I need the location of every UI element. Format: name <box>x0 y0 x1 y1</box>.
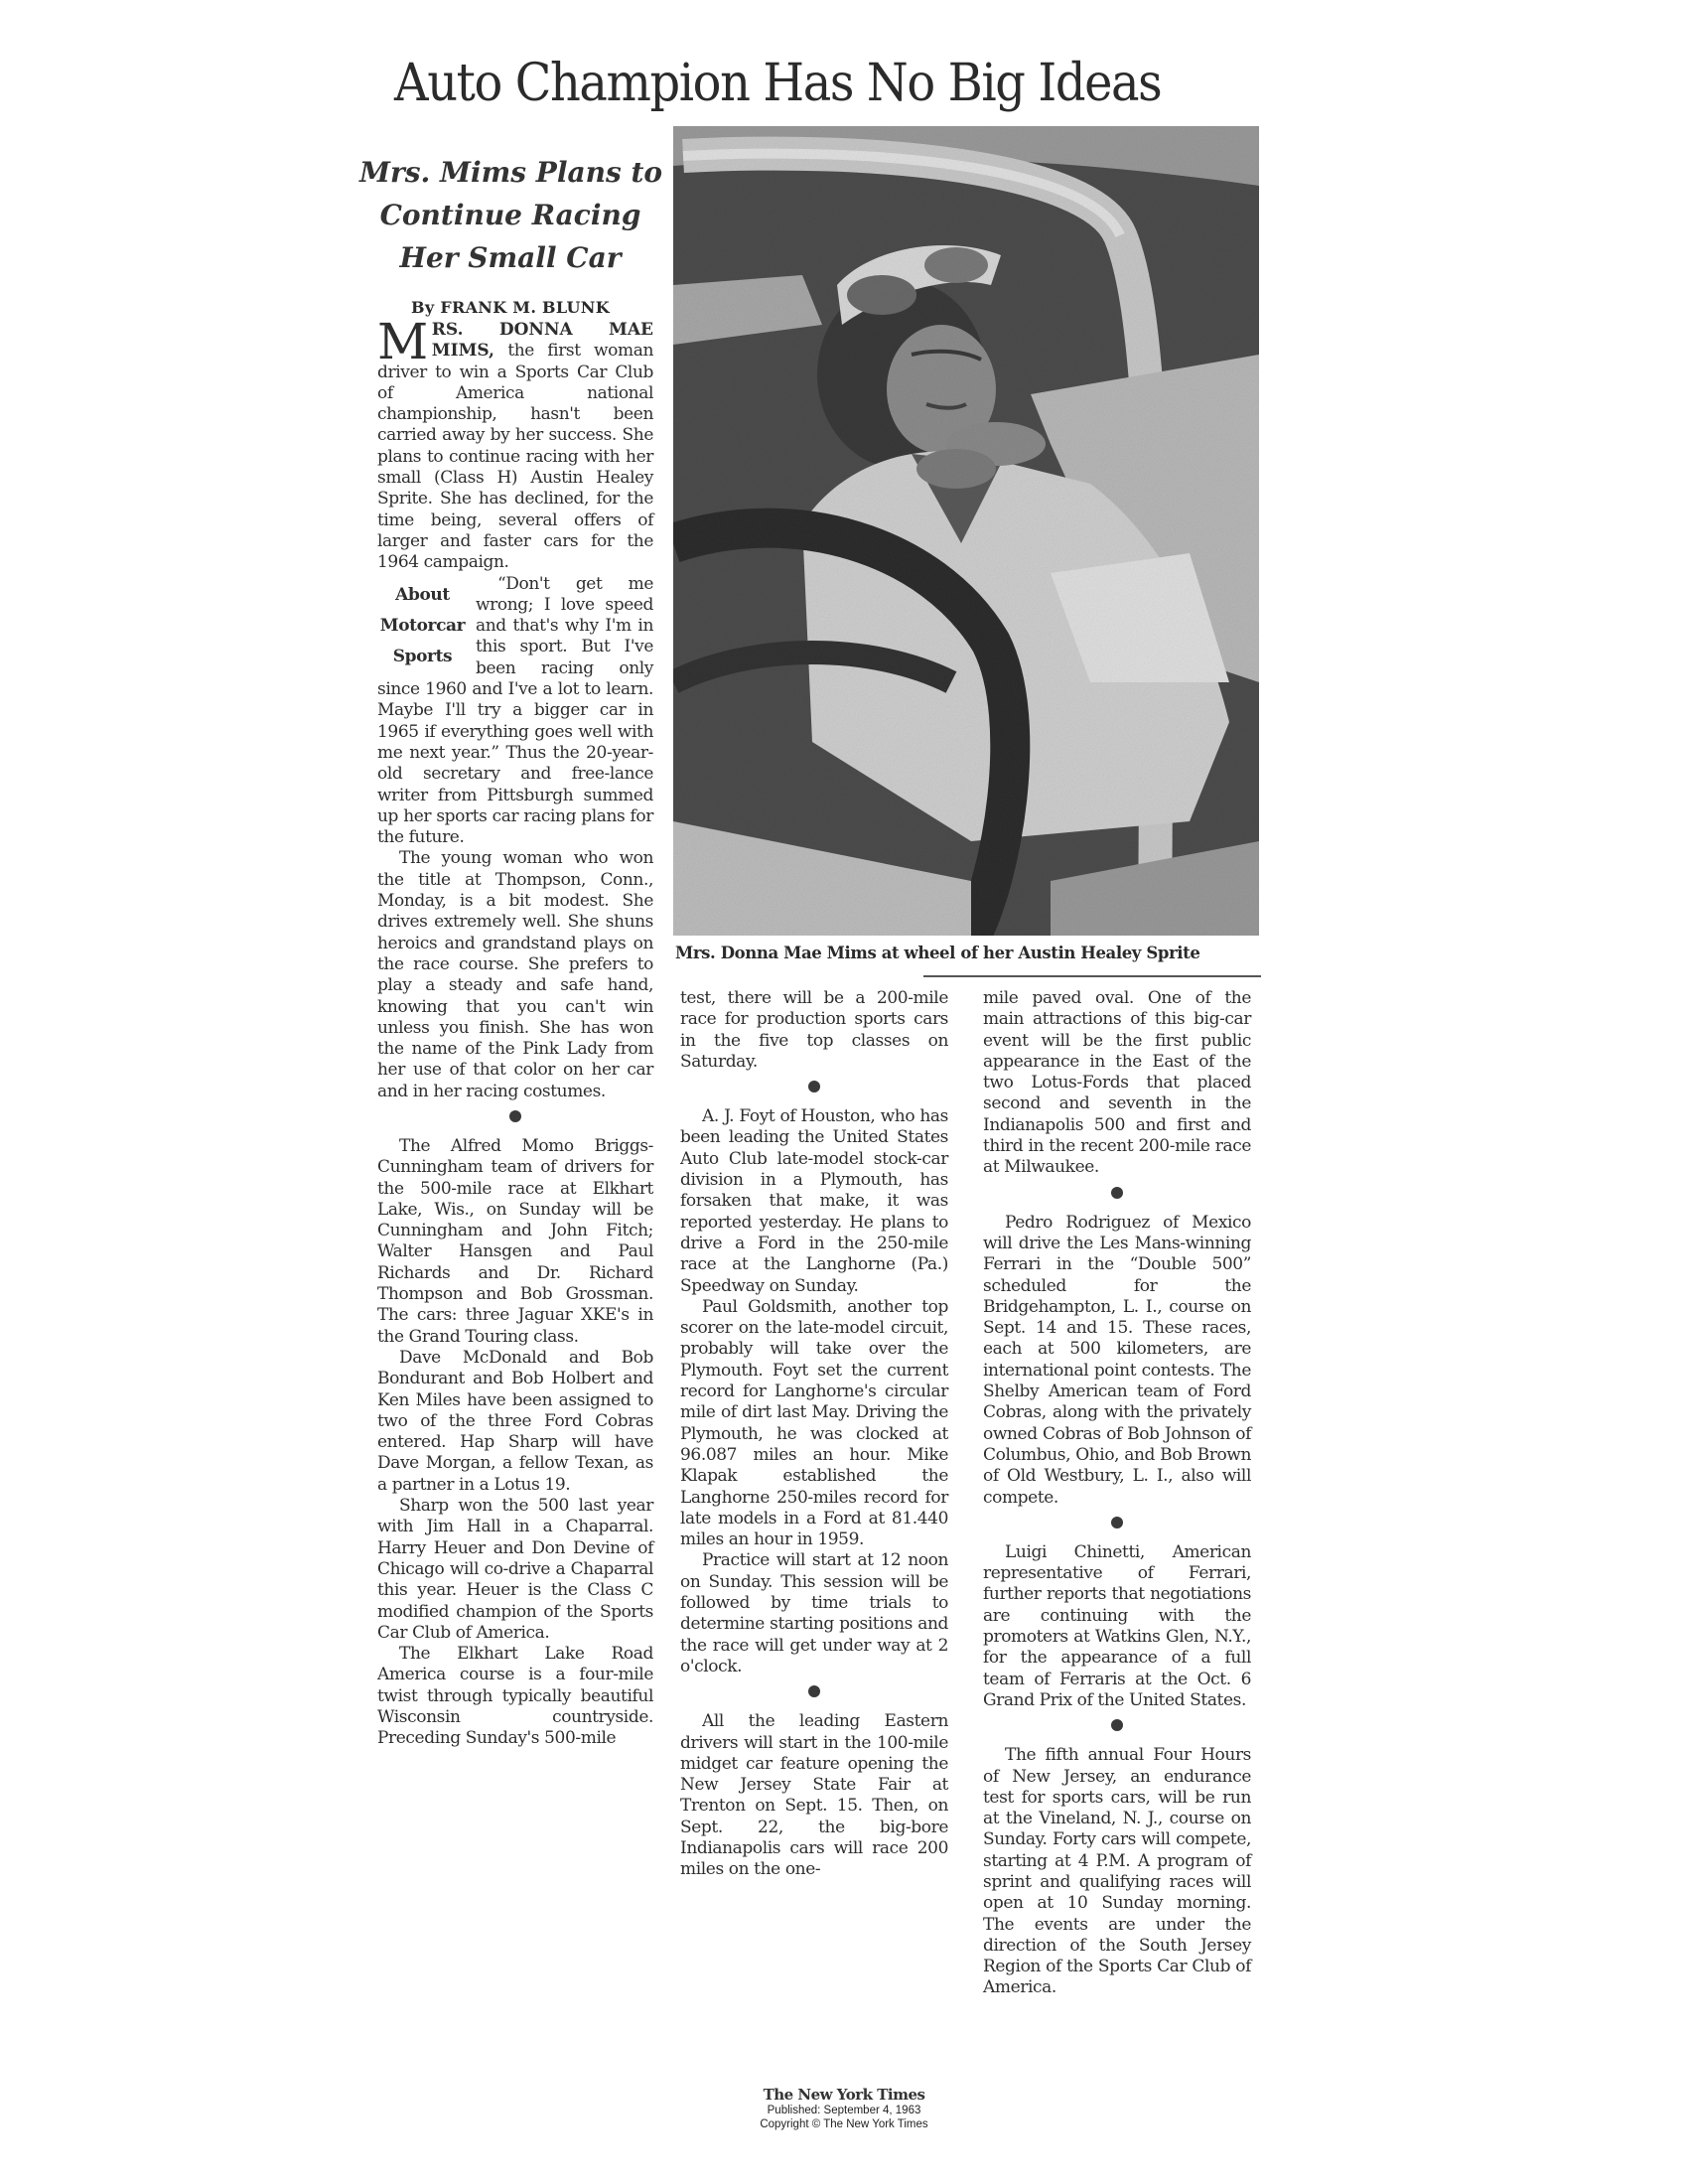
source-footer: The New York Times Published: September … <box>695 2086 993 2131</box>
paragraph: The Elkhart Lake Road America course is … <box>377 1644 653 1749</box>
lead-paragraph: MRS. DONNA MAE MIMS, the first woman dri… <box>377 320 653 574</box>
paragraph: Pedro Rodriguez of Mexico will drive the… <box>983 1213 1251 1509</box>
column-label-line: Motorcar <box>375 611 470 642</box>
article-column-2: test, there will be a 200-mile race for … <box>680 988 948 1881</box>
subhead-line: Continue Racing <box>359 194 661 236</box>
paragraph: Dave McDonald and Bob Bondurant and Bob … <box>377 1348 653 1496</box>
article-photo <box>673 126 1259 936</box>
section-bullet-icon <box>1111 1187 1123 1199</box>
section-bullet-icon <box>808 1081 820 1092</box>
column-label-line: About <box>375 580 470 611</box>
column-label: About Motorcar Sports <box>375 574 470 672</box>
copyright-notice: Copyright © The New York Times <box>695 2117 993 2131</box>
caption-rule <box>923 975 1261 977</box>
published-date: Published: September 4, 1963 <box>695 2104 993 2117</box>
section-bullet-icon <box>509 1110 521 1122</box>
article-column-3: mile paved oval. One of the main attract… <box>983 988 1251 1999</box>
subhead-line: Her Small Car <box>359 236 661 279</box>
paragraph-continued: mile paved oval. One of the main attract… <box>983 988 1251 1179</box>
paragraph: Paul Goldsmith, another top scorer on th… <box>680 1297 948 1551</box>
paragraph: A. J. Foyt of Houston, who has been lead… <box>680 1106 948 1297</box>
newspaper-masthead: The New York Times <box>695 2086 993 2104</box>
subheadline: Mrs. Mims Plans to Continue Racing Her S… <box>359 151 661 279</box>
headline: Auto Champion Has No Big Ideas <box>357 52 1197 115</box>
subhead-line: Mrs. Mims Plans to <box>359 151 661 194</box>
drop-cap: M <box>377 322 428 362</box>
photo-image <box>673 126 1259 936</box>
column-label-line: Sports <box>375 642 470 672</box>
paragraph: The Alfred Momo Briggs-Cunningham team o… <box>377 1136 653 1348</box>
paragraph-continued: test, there will be a 200-mile race for … <box>680 988 948 1073</box>
section-bullet-icon <box>1111 1517 1123 1529</box>
article-column-1: MRS. DONNA MAE MIMS, the first woman dri… <box>377 320 653 1750</box>
paragraph: Luigi Chinetti, American representative … <box>983 1542 1251 1711</box>
paragraph: The fifth annual Four Hours of New Jerse… <box>983 1745 1251 1999</box>
paragraph: Sharp won the 500 last year with Jim Hal… <box>377 1496 653 1644</box>
paragraph: The young woman who won the title at Tho… <box>377 848 653 1102</box>
section-bullet-icon <box>808 1685 820 1697</box>
paragraph: Practice will start at 12 noon on Sunday… <box>680 1550 948 1677</box>
lead-text: the first woman driver to win a Sports C… <box>377 341 653 572</box>
section-bullet-icon <box>1111 1719 1123 1731</box>
photo-caption: Mrs. Donna Mae Mims at wheel of her Aust… <box>675 944 1261 962</box>
paragraph: All the leading Eastern drivers will sta… <box>680 1711 948 1880</box>
